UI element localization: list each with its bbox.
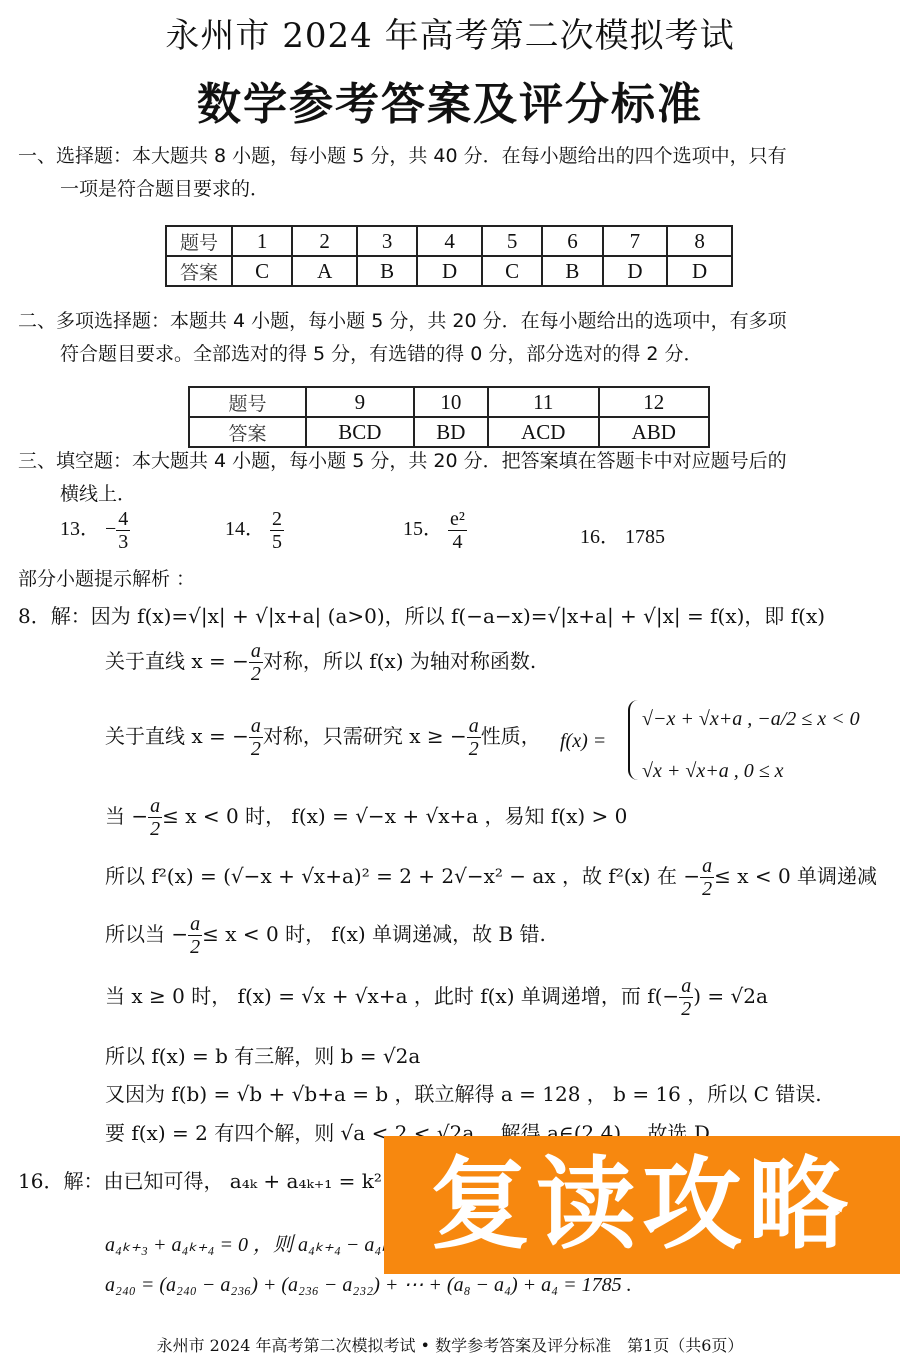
- answer-row: 答案 BCD BD ACD ABD: [189, 417, 709, 447]
- page-footer: 永州市 2024 年高考第二次模拟考试 • 数学参考答案及评分标准 第1页（共6…: [0, 1333, 900, 1356]
- section-3-line1: 三、填空题：本大题共 4 小题，每小题 5 分，共 20 分．把答案填在答题卡中…: [18, 445, 787, 478]
- answer-cell: A: [292, 256, 357, 286]
- answer-cell: C: [482, 256, 542, 286]
- answer-cell: D: [417, 256, 482, 286]
- answer-cell: ACD: [488, 417, 598, 447]
- q16-text: 由已知可得， a₄ₖ + a₄ₖ₊₁ = k² ，: [103, 1169, 408, 1193]
- q8-line-2: 关于直线 x = −a2对称，所以 f(x) 为轴对称函数.: [105, 640, 536, 685]
- section-1-line2: 一项是符合题目要求的．: [18, 173, 787, 206]
- q8-label: 8．解：: [18, 604, 91, 628]
- document-title: 数学参考答案及评分标准: [0, 68, 900, 132]
- q16-line-3: a₂₄₀ = (a₂₄₀ − a₂₃₆) + (a₂₃₆ − a₂₃₂) + ⋯…: [105, 1272, 632, 1297]
- q16-label: 16．解：: [18, 1169, 103, 1193]
- q8-line-1: 8．解：因为 f(x)=√|x| + √|x+a| (a>0)，所以 f(−a−…: [18, 600, 825, 629]
- q8-line-7: 当 x ≥ 0 时， f(x) = √x + √x+a ，此时 f(x) 单调递…: [105, 975, 768, 1020]
- row-label: 题号: [189, 387, 306, 417]
- section-1-line1: 一、选择题：本大题共 8 小题，每小题 5 分，共 40 分．在每小题给出的四个…: [18, 140, 787, 173]
- answer-fraction: 25: [270, 508, 284, 553]
- piecewise-brace: [628, 700, 640, 780]
- answer-cell: B: [357, 256, 417, 286]
- question-number: 6: [542, 226, 602, 256]
- question-number: 8: [667, 226, 732, 256]
- answer-number: 13．: [60, 518, 100, 540]
- question-number: 12: [599, 387, 710, 417]
- question-number: 3: [357, 226, 417, 256]
- answer-cell: D: [603, 256, 668, 286]
- q16-line-2: a₄ₖ₊₃ + a₄ₖ₊₄ = 0 ，则 a₄ₖ₊₄ − a₄ₖ: [105, 1228, 390, 1257]
- q16-line-1: 16．解：由已知可得， a₄ₖ + a₄ₖ₊₁ = k² ，: [18, 1165, 408, 1194]
- question-number: 1: [232, 226, 292, 256]
- row-label: 答案: [166, 256, 232, 286]
- piecewise-case-1: √−x + √x+a , −a/2 ≤ x < 0: [642, 708, 860, 731]
- q8-line-3: 关于直线 x = −a2对称，只需研究 x ≥ −a2性质，: [105, 715, 541, 760]
- q8-line-4: 当 −a2≤ x < 0 时， f(x) = √−x + √x+a ，易知 f(…: [105, 795, 627, 840]
- answer-cell: ABD: [599, 417, 710, 447]
- question-number: 9: [306, 387, 414, 417]
- section-2-instructions: 二、多项选择题：本题共 4 小题，每小题 5 分，共 20 分．在每小题给出的选…: [18, 305, 787, 371]
- fill-answer-14: 14． 25: [225, 508, 284, 553]
- fill-answer-16: 16． 1785: [580, 520, 665, 549]
- row-label: 题号: [166, 226, 232, 256]
- hints-heading: 部分小题提示解析 ：: [18, 563, 195, 596]
- answer-cell: D: [667, 256, 732, 286]
- answer-sign: −: [105, 518, 116, 540]
- section-3-instructions: 三、填空题：本大题共 4 小题，每小题 5 分，共 20 分．把答案填在答题卡中…: [18, 445, 787, 511]
- section-3-line2: 横线上．: [18, 478, 787, 511]
- fill-answer-15: 15． e²4: [403, 508, 467, 553]
- answer-fraction: 43: [116, 508, 130, 553]
- row-label: 答案: [189, 417, 306, 447]
- exam-title: 永州市 2024 年高考第二次模拟考试: [0, 8, 900, 57]
- section-1-instructions: 一、选择题：本大题共 8 小题，每小题 5 分，共 40 分．在每小题给出的四个…: [18, 140, 787, 206]
- answer-number: 15．: [403, 518, 443, 540]
- answer-number: 14．: [225, 518, 265, 540]
- section-2-line1: 二、多项选择题：本题共 4 小题，每小题 5 分，共 20 分．在每小题给出的选…: [18, 305, 787, 338]
- question-number: 5: [482, 226, 542, 256]
- watermark-banner: 复读攻略: [384, 1136, 900, 1274]
- question-number-row: 题号 9 10 11 12: [189, 387, 709, 417]
- q8-line-9: 又因为 f(b) = √b + √b+a = b ，联立解得 a = 128 ，…: [105, 1078, 822, 1107]
- section-2-line2: 符合题目要求。全部选对的得 5 分，有选错的得 0 分，部分选对的得 2 分．: [18, 338, 787, 371]
- answer-cell: C: [232, 256, 292, 286]
- fill-answer-13: 13． −43: [60, 508, 130, 553]
- q8-line-6: 所以当 −a2≤ x < 0 时， f(x) 单调递减，故 B 错.: [105, 913, 546, 958]
- answer-value: 1785: [625, 526, 665, 548]
- answer-number: 16．: [580, 526, 620, 548]
- piecewise-case-2: √x + √x+a , 0 ≤ x: [642, 760, 784, 783]
- question-number-row: 题号 1 2 3 4 5 6 7 8: [166, 226, 732, 256]
- choice-answer-table: 题号 1 2 3 4 5 6 7 8 答案 C A B D C B D D: [165, 225, 733, 287]
- multi-choice-answer-table: 题号 9 10 11 12 答案 BCD BD ACD ABD: [188, 386, 710, 448]
- question-number: 2: [292, 226, 357, 256]
- question-number: 10: [414, 387, 488, 417]
- piecewise-lhs: f(x) =: [560, 730, 606, 753]
- answer-cell: BD: [414, 417, 488, 447]
- question-number: 4: [417, 226, 482, 256]
- answer-row: 答案 C A B D C B D D: [166, 256, 732, 286]
- answer-fraction: e²4: [448, 508, 467, 553]
- q8-line-8: 所以 f(x) = b 有三解，则 b = √2a: [105, 1040, 420, 1069]
- q8-line-5: 所以 f²(x) = (√−x + √x+a)² = 2 + 2√−x² − a…: [105, 855, 877, 900]
- question-number: 11: [488, 387, 598, 417]
- answer-cell: B: [542, 256, 602, 286]
- question-number: 7: [603, 226, 668, 256]
- q8-text: 因为 f(x)=√|x| + √|x+a| (a>0)，所以 f(−a−x)=√…: [91, 604, 825, 628]
- answer-cell: BCD: [306, 417, 414, 447]
